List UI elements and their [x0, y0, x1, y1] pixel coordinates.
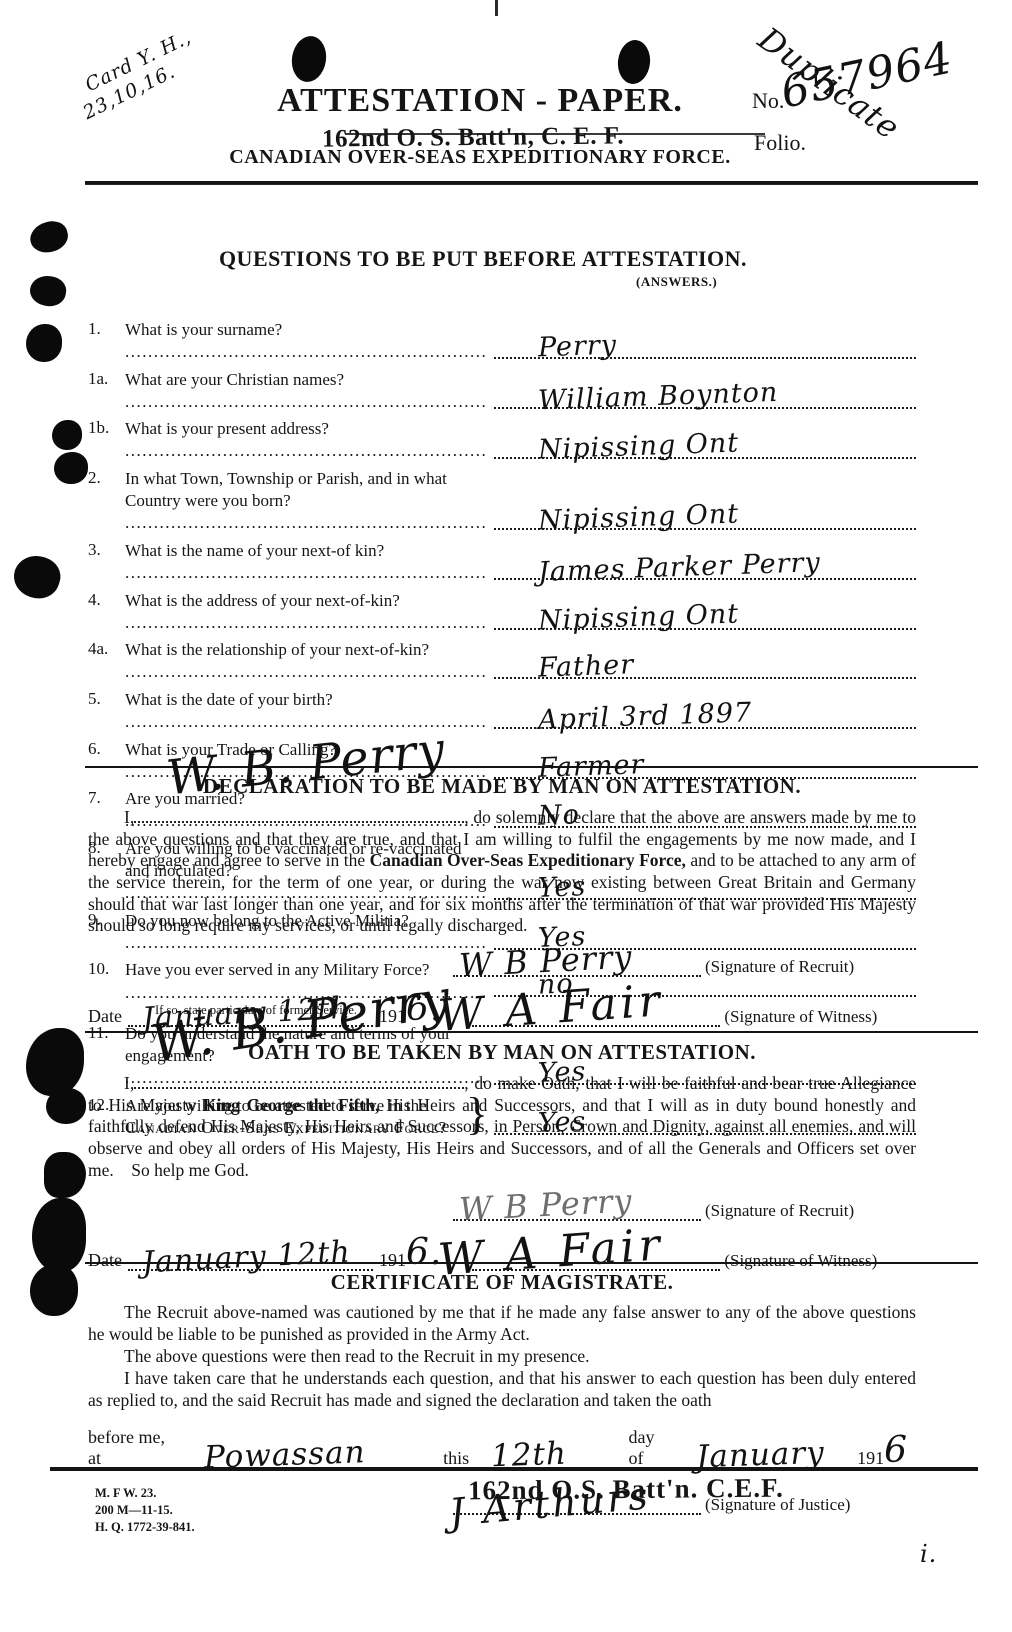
question-text: What are your Christian names?	[125, 370, 488, 411]
question-number: 1.	[88, 319, 125, 363]
ink-blot	[44, 1152, 86, 1198]
question-cell: 4. What is the address of your next-of-k…	[88, 590, 488, 634]
handwritten-corner-mark: i.	[920, 1542, 937, 1566]
oath-body-bold: King George the Fifth,	[203, 1095, 380, 1115]
question-text: What is your surname?	[125, 320, 488, 361]
question-body: What is the name of your next-of kin?	[125, 540, 488, 584]
top-tick-mark	[495, 0, 498, 16]
question-cell: 1b. What is your present address?	[88, 418, 488, 462]
oath-recruit-signature-row: W B Perry (Signature of Recruit)	[453, 1201, 916, 1221]
question-cell: 1. What is your surname?	[88, 319, 488, 363]
handwritten-answer: Nipissing Ont	[538, 600, 740, 634]
question-row: 2. In what Town, Township or Parish, and…	[88, 468, 916, 534]
question-body: What is your surname?	[125, 319, 488, 363]
number-label: No.	[752, 88, 784, 114]
date-label: Date	[88, 1006, 122, 1027]
answer-dotted-line: Nipissing Ont	[494, 626, 916, 630]
form-code-2: 200 M—11-15.	[95, 1502, 195, 1519]
oath-section: W. B. Perry OATH TO BE TAKEN BY MAN ON A…	[88, 1040, 916, 1271]
declaration-lead-in: I,	[124, 807, 134, 827]
stamp-rule-line	[345, 133, 765, 135]
ink-blot	[30, 1264, 78, 1316]
day-of-label: day of	[629, 1427, 674, 1469]
handwritten-answer: Father	[538, 652, 635, 682]
certificate-divider-rule	[85, 1262, 978, 1264]
oath-lead-in: I,	[124, 1073, 134, 1093]
declaration-recruit-signature-row: W B Perry (Signature of Recruit)	[453, 957, 916, 977]
ink-blot	[28, 273, 69, 309]
justice-signature-line: J Arthurs	[453, 1511, 701, 1515]
before-me-label: before me, at	[88, 1427, 182, 1469]
question-text: What is your present address?	[125, 419, 488, 460]
certificate-heading: CERTIFICATE OF MAGISTRATE.	[88, 1270, 916, 1295]
question-row: 4a. What is the relationship of your nex…	[88, 639, 916, 683]
declaration-body-bold: Canadian Over-Seas Expeditionary Force,	[370, 850, 686, 870]
question-number: 3.	[88, 540, 125, 584]
ink-dot-left	[289, 34, 330, 85]
date-label: Date	[88, 1250, 122, 1271]
answer-dotted-line: Nipissing Ont	[494, 526, 916, 530]
question-number: 4.	[88, 590, 125, 634]
question-text: What is the address of your next-of-kin?	[125, 591, 488, 632]
handwritten-answer: James Parker Perry	[538, 549, 822, 586]
question-row: 1a. What are your Christian names? Willi…	[88, 369, 916, 413]
witness-signature-line: W A Fair	[472, 1023, 720, 1027]
recruit-signature-label: (Signature of Recruit)	[705, 957, 854, 977]
question-number: 5.	[88, 689, 125, 733]
question-row: 1b. What is your present address? Nipiss…	[88, 418, 916, 462]
question-body: In what Town, Township or Parish, and in…	[125, 468, 488, 534]
question-cell: 2. In what Town, Township or Parish, and…	[88, 468, 488, 534]
ink-blot	[54, 452, 88, 484]
recruit-signature-label: (Signature of Recruit)	[705, 1201, 854, 1221]
ink-blot	[46, 1088, 86, 1124]
question-number: 1a.	[88, 369, 125, 413]
force-name: CANADIAN OVER-SEAS EXPEDITIONARY FORCE.	[120, 146, 840, 169]
answer-dotted-line: William Boynton	[494, 405, 916, 409]
handwritten-recruit-signature: W B Perry	[458, 941, 633, 982]
questions-heading: QUESTIONS TO BE PUT BEFORE ATTESTATION.	[88, 246, 878, 272]
handwritten-answer: William Boynton	[538, 379, 779, 414]
question-row: 4. What is the address of your next-of-k…	[88, 590, 916, 634]
question-row: 1. What is your surname? Perry	[88, 319, 916, 363]
declaration-section: W. B. Perry DECLARATION TO BE MADE BY MA…	[88, 774, 916, 1027]
question-row: 3. What is the name of your next-of kin?…	[88, 540, 916, 584]
name-blank-line	[134, 818, 464, 823]
name-blank-line	[134, 1084, 464, 1089]
year-printed: 191	[379, 1250, 406, 1271]
question-body: What are your Christian names?	[125, 369, 488, 413]
ink-dot-right	[616, 38, 652, 85]
question-text: What is the relationship of your next-of…	[125, 640, 488, 681]
handwritten-answer: Nipissing Ont	[538, 501, 740, 535]
question-row: 5. What is the date of your birth? April…	[88, 689, 916, 733]
answer-dotted-line: Nipissing Ont	[494, 455, 916, 459]
question-text: In what Town, Township or Parish, and in…	[125, 469, 488, 532]
form-codes: M. F W. 23. 200 M—11-15. H. Q. 1772-39-8…	[95, 1485, 195, 1536]
question-number: 2.	[88, 468, 125, 534]
header-divider-rule	[85, 181, 978, 184]
answer-dotted-line: James Parker Perry	[494, 576, 916, 580]
recruit-signature-line: W B Perry	[453, 1217, 701, 1221]
battalion-footer-stamp: 162nd O.S. Batt'n. C.E.F.	[468, 1473, 784, 1507]
handwritten-answer: Perry	[538, 332, 618, 362]
ink-blot	[26, 324, 62, 362]
certificate-before-me-row: before me, at Powassan this 12th day of …	[88, 1427, 916, 1469]
question-cell: 4a. What is the relationship of your nex…	[88, 639, 488, 683]
certificate-paragraph-3: I have taken care that he understands ea…	[88, 1367, 916, 1411]
recruit-signature-line: W B Perry	[453, 973, 701, 977]
folio-label: Folio.	[754, 130, 806, 156]
ink-blot	[27, 218, 71, 256]
handwritten-answer: Nipissing Ont	[538, 429, 740, 463]
bottom-rule	[50, 1467, 978, 1471]
answer-dotted-line: April 3rd 1897	[494, 725, 916, 729]
certificate-paragraph-2: The above questions were then read to th…	[88, 1345, 916, 1367]
question-body: What is the address of your next-of-kin?	[125, 590, 488, 634]
handwritten-recruit-signature: W B Perry	[458, 1185, 633, 1226]
oath-date-row: Date January 12th 191 6. W A Fair (Signa…	[88, 1235, 916, 1271]
handwritten-year-digit: 6	[884, 1433, 908, 1469]
question-number: 4a.	[88, 639, 125, 683]
ink-blot	[9, 550, 66, 604]
witness-signature-label: (Signature of Witness)	[724, 1007, 877, 1027]
question-number: 1b.	[88, 418, 125, 462]
question-cell: 3. What is the name of your next-of kin?	[88, 540, 488, 584]
page-title: ATTESTATION - PAPER.	[120, 82, 840, 120]
ink-blot	[52, 420, 82, 450]
answer-dotted-line: Father	[494, 675, 916, 679]
ink-blot	[26, 1028, 84, 1096]
ink-blot	[32, 1198, 86, 1272]
attestation-paper-scan: Card Y. H., 23,10,16. Duplicate ATTESTAT…	[0, 0, 1012, 1632]
question-body: What is your present address?	[125, 418, 488, 462]
form-code-3: H. Q. 1772-39-841.	[95, 1519, 195, 1536]
declaration-paragraph: I,, do solemnly declare that the above a…	[88, 807, 916, 937]
handwritten-answer: April 3rd 1897	[538, 699, 753, 733]
oath-paragraph: I,, do make Oath, that I will be faithfu…	[88, 1073, 916, 1181]
form-code-1: M. F W. 23.	[95, 1485, 195, 1502]
answers-column-label: (ANSWERS.)	[636, 274, 717, 290]
certificate-paragraph-1: The Recruit above-named was cautioned by…	[88, 1301, 916, 1345]
question-text: What is the name of your next-of kin?	[125, 541, 488, 582]
question-cell: 1a. What are your Christian names?	[88, 369, 488, 413]
answer-dotted-line: Perry	[494, 355, 916, 359]
question-body: What is the relationship of your next-of…	[125, 639, 488, 683]
